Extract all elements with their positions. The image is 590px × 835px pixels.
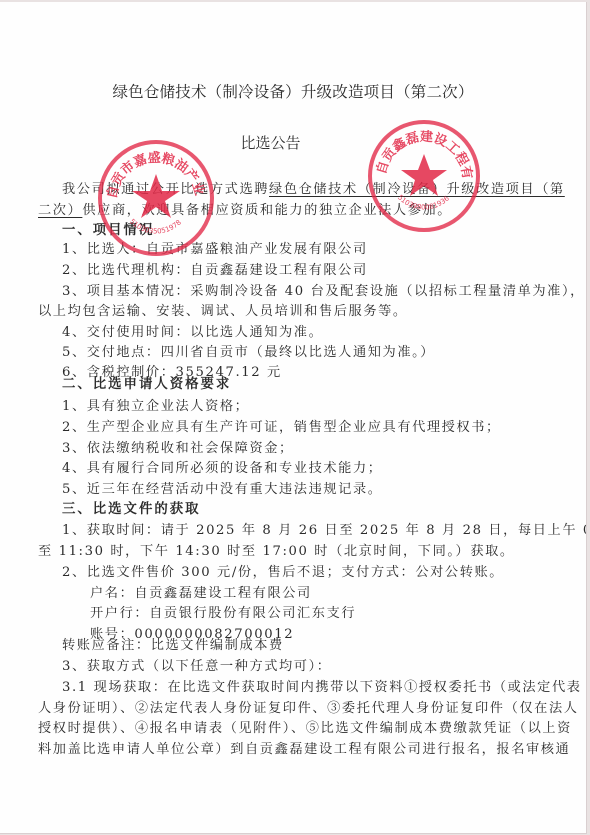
acquisition-method: 3、获取方式（以下任意一种方式均可）： xyxy=(62,657,332,677)
section1-item: 2、比选代理机构：自贡鑫磊建设工程有限公司 xyxy=(62,261,368,281)
intro-text: 我公司拟通过公开比选方式选聘 xyxy=(62,182,269,197)
account-name: 户名：自贡鑫磊建设工程有限公司 xyxy=(90,584,312,604)
section-heading: 二、比选申请人资格要求 xyxy=(62,375,231,395)
transfer-remark: 转账应备注：比选文件编制成本费 xyxy=(62,636,284,656)
document-title: 绿色仓储技术（制冷设备）升级改造项目（第二次） xyxy=(0,80,586,102)
section-heading: 三、比选文件的获取 xyxy=(62,500,201,520)
onsite-line: 人身份证明）、②法定代表人身份证复印件、③委托代理人身份证复印件（仅在法人 xyxy=(38,699,579,719)
acquisition-time-line: 至 11:30 时，下午 14:30 时至 17:00 时（北京时间，下同。）获… xyxy=(38,542,515,562)
document-page: 绿色仓储技术（制冷设备）升级改造项目（第二次） 比选公告 我公司拟通过公开比选方… xyxy=(0,2,587,834)
section1-item: 以上均包含运输、安装、调试、人员培训和售后服务等。 xyxy=(38,302,408,322)
document-subtitle: 比选公告 xyxy=(0,132,541,153)
intro-line-2: 二次）供应商，欢迎具备相应资质和能力的独立企业法人参加。 xyxy=(38,201,452,221)
section2-item: 3、依法缴纳税收和社会保障资金； xyxy=(62,439,294,459)
acquisition-time-line: 1、获取时间：请于 2025 年 8 月 26 日至 2025 年 8 月 28… xyxy=(62,521,587,541)
project-name-underlined: 绿色仓储技术（制冷设备）升级改造项目（第 xyxy=(269,182,565,197)
section2-item: 5、近三年在经营活动中没有重大违法违规记录。 xyxy=(62,480,383,500)
project-name-underlined: 二次） xyxy=(38,203,82,218)
section1-item: 4、交付使用时间：以比选人通知为准。 xyxy=(62,323,323,343)
section1-item: 1、比选人：自贡市嘉盛粮油产业发展有限公司 xyxy=(62,240,368,260)
bank-name: 开户行：自贡银行股份有限公司汇东支行 xyxy=(90,604,356,624)
section2-item: 1、具有独立企业法人资格； xyxy=(62,397,249,417)
section1-item: 3、项目基本情况：采购制冷设备 40 台及配套设施（以招标工程量清单为准）， xyxy=(62,282,585,302)
section2-item: 4、具有履行合同所必须的设备和专业技术能力； xyxy=(62,459,383,479)
onsite-line: 授权时提供）、④报名申请表（见附件）、⑤比选文件编制成本费缴款凭证（以上资 xyxy=(38,719,572,739)
section-heading: 一、项目情况 xyxy=(62,221,154,241)
onsite-line: 3.1 现场获取：在比选文件获取时间内携带以下资料①授权委托书（或法定代表 xyxy=(62,678,582,698)
intro-line-1: 我公司拟通过公开比选方式选聘绿色仓储技术（制冷设备）升级改造项目（第 xyxy=(62,180,565,200)
intro-text: 供应商，欢迎具备相应资质和能力的独立企业法人参加。 xyxy=(82,203,452,218)
section1-item: 5、交付地点：四川省自贡市（最终以比选人通知为准。） xyxy=(62,343,435,363)
price-line: 2、比选文件售价 300 元/份，售后不退；支付方式：公对公转账。 xyxy=(62,563,504,583)
section2-item: 2、生产型企业应具有生产许可证，销售型企业应具有代理授权书； xyxy=(62,418,501,438)
onsite-line: 料加盖比选申请人单位公章）到自贡鑫磊建设工程有限公司进行报名，报名审核通 xyxy=(38,740,570,760)
